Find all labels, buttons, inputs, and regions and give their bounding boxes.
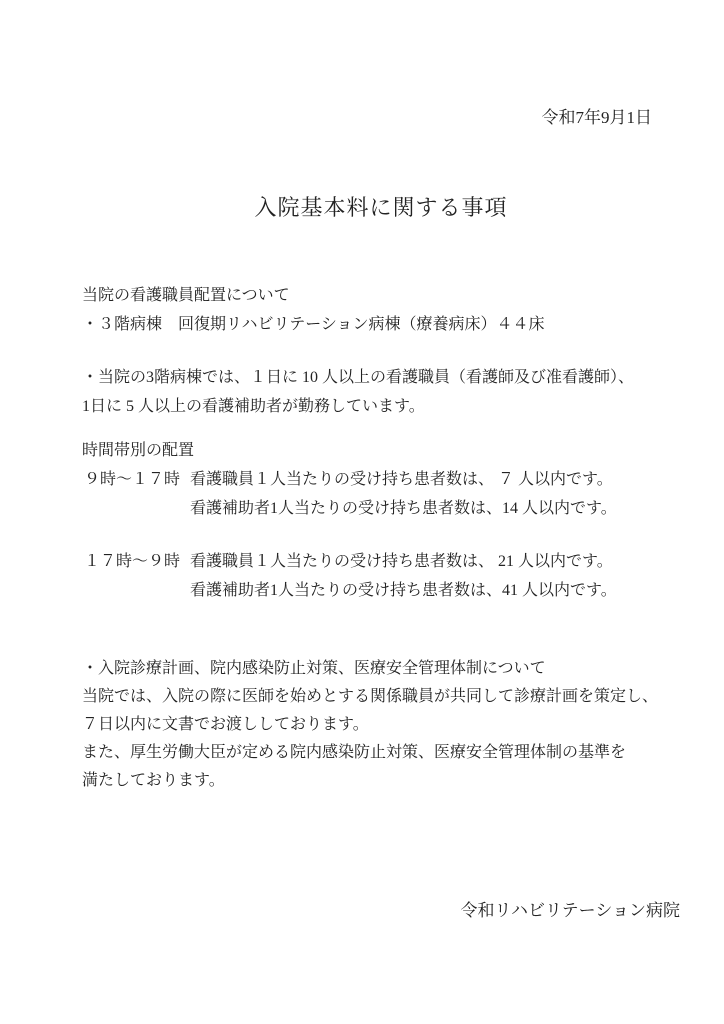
staff-count-line-2: 1日に 5 人以上の看護補助者が勤務しています。 [82,392,680,421]
care-plan-body-line-2: ７日以内に文書でお渡ししております。 [82,711,680,739]
time-band-night: １７時～９時 看護職員１人当たりの受け持ち患者数は、 21 人以内です。 看護補… [82,547,680,605]
paragraph-staff-count: ・当院の3階病棟では、１日に 10 人以上の看護職員（看護師及び准看護師）、 1… [82,363,680,421]
time-band-night-assistant-ratio: 看護補助者1人当たりの受け持ち患者数は、41 人以内です。 [190,576,680,605]
time-bands-heading: 時間帯別の配置 [82,436,680,465]
care-plan-body-line-1: 当院では、入院の際に医師を始めとする関係職員が共同して診療計画を策定し、 [82,683,680,711]
document-page: 令和7年9月1日 入院基本料に関する事項 当院の看護職員配置について ・３階病棟… [0,0,724,1024]
time-band-day-nurse-ratio: 看護職員１人当たりの受け持ち患者数は、 ７ 人以内です。 [190,465,680,494]
care-plan-heading: ・入院診療計画、院内感染防止対策、医療安全管理体制について [82,655,680,683]
time-band-night-lines: 看護職員１人当たりの受け持ち患者数は、 21 人以内です。 看護補助者1人当たり… [190,547,680,605]
time-band-day-lines: 看護職員１人当たりの受け持ち患者数は、 ７ 人以内です。 看護補助者1人当たりの… [190,465,680,523]
staff-count-line-1: ・当院の3階病棟では、１日に 10 人以上の看護職員（看護師及び准看護師）、 [82,363,680,392]
time-band-day-label: ９時～１７時 [84,465,190,494]
care-plan-body-line-3: また、厚生労働大臣が定める院内感染防止対策、医療安全管理体制の基準を [82,739,680,767]
section-time-bands: 時間帯別の配置 ９時～１７時 看護職員１人当たりの受け持ち患者数は、 ７ 人以内… [82,436,680,605]
hospital-name-signature: 令和リハビリテーション病院 [82,899,680,923]
ward-description-line: ・３階病棟 回復期リハビリテーション病棟（療養病床）４４床 [82,310,680,339]
time-band-day: ９時～１７時 看護職員１人当たりの受け持ち患者数は、 ７ 人以内です。 看護補助… [82,465,680,523]
care-plan-body-line-4: 満たしております。 [82,767,680,795]
section-care-plan: ・入院診療計画、院内感染防止対策、医療安全管理体制について 当院では、入院の際に… [82,655,680,795]
page-title: 入院基本料に関する事項 [82,193,680,223]
time-band-day-assistant-ratio: 看護補助者1人当たりの受け持ち患者数は、14 人以内です。 [190,494,680,523]
section-nurse-staffing: 当院の看護職員配置について ・３階病棟 回復期リハビリテーション病棟（療養病床）… [82,281,680,339]
time-band-night-label: １７時～９時 [84,547,190,576]
document-date: 令和7年9月1日 [82,106,680,130]
nurse-staffing-heading: 当院の看護職員配置について [82,281,680,310]
time-band-night-nurse-ratio: 看護職員１人当たりの受け持ち患者数は、 21 人以内です。 [190,547,680,576]
